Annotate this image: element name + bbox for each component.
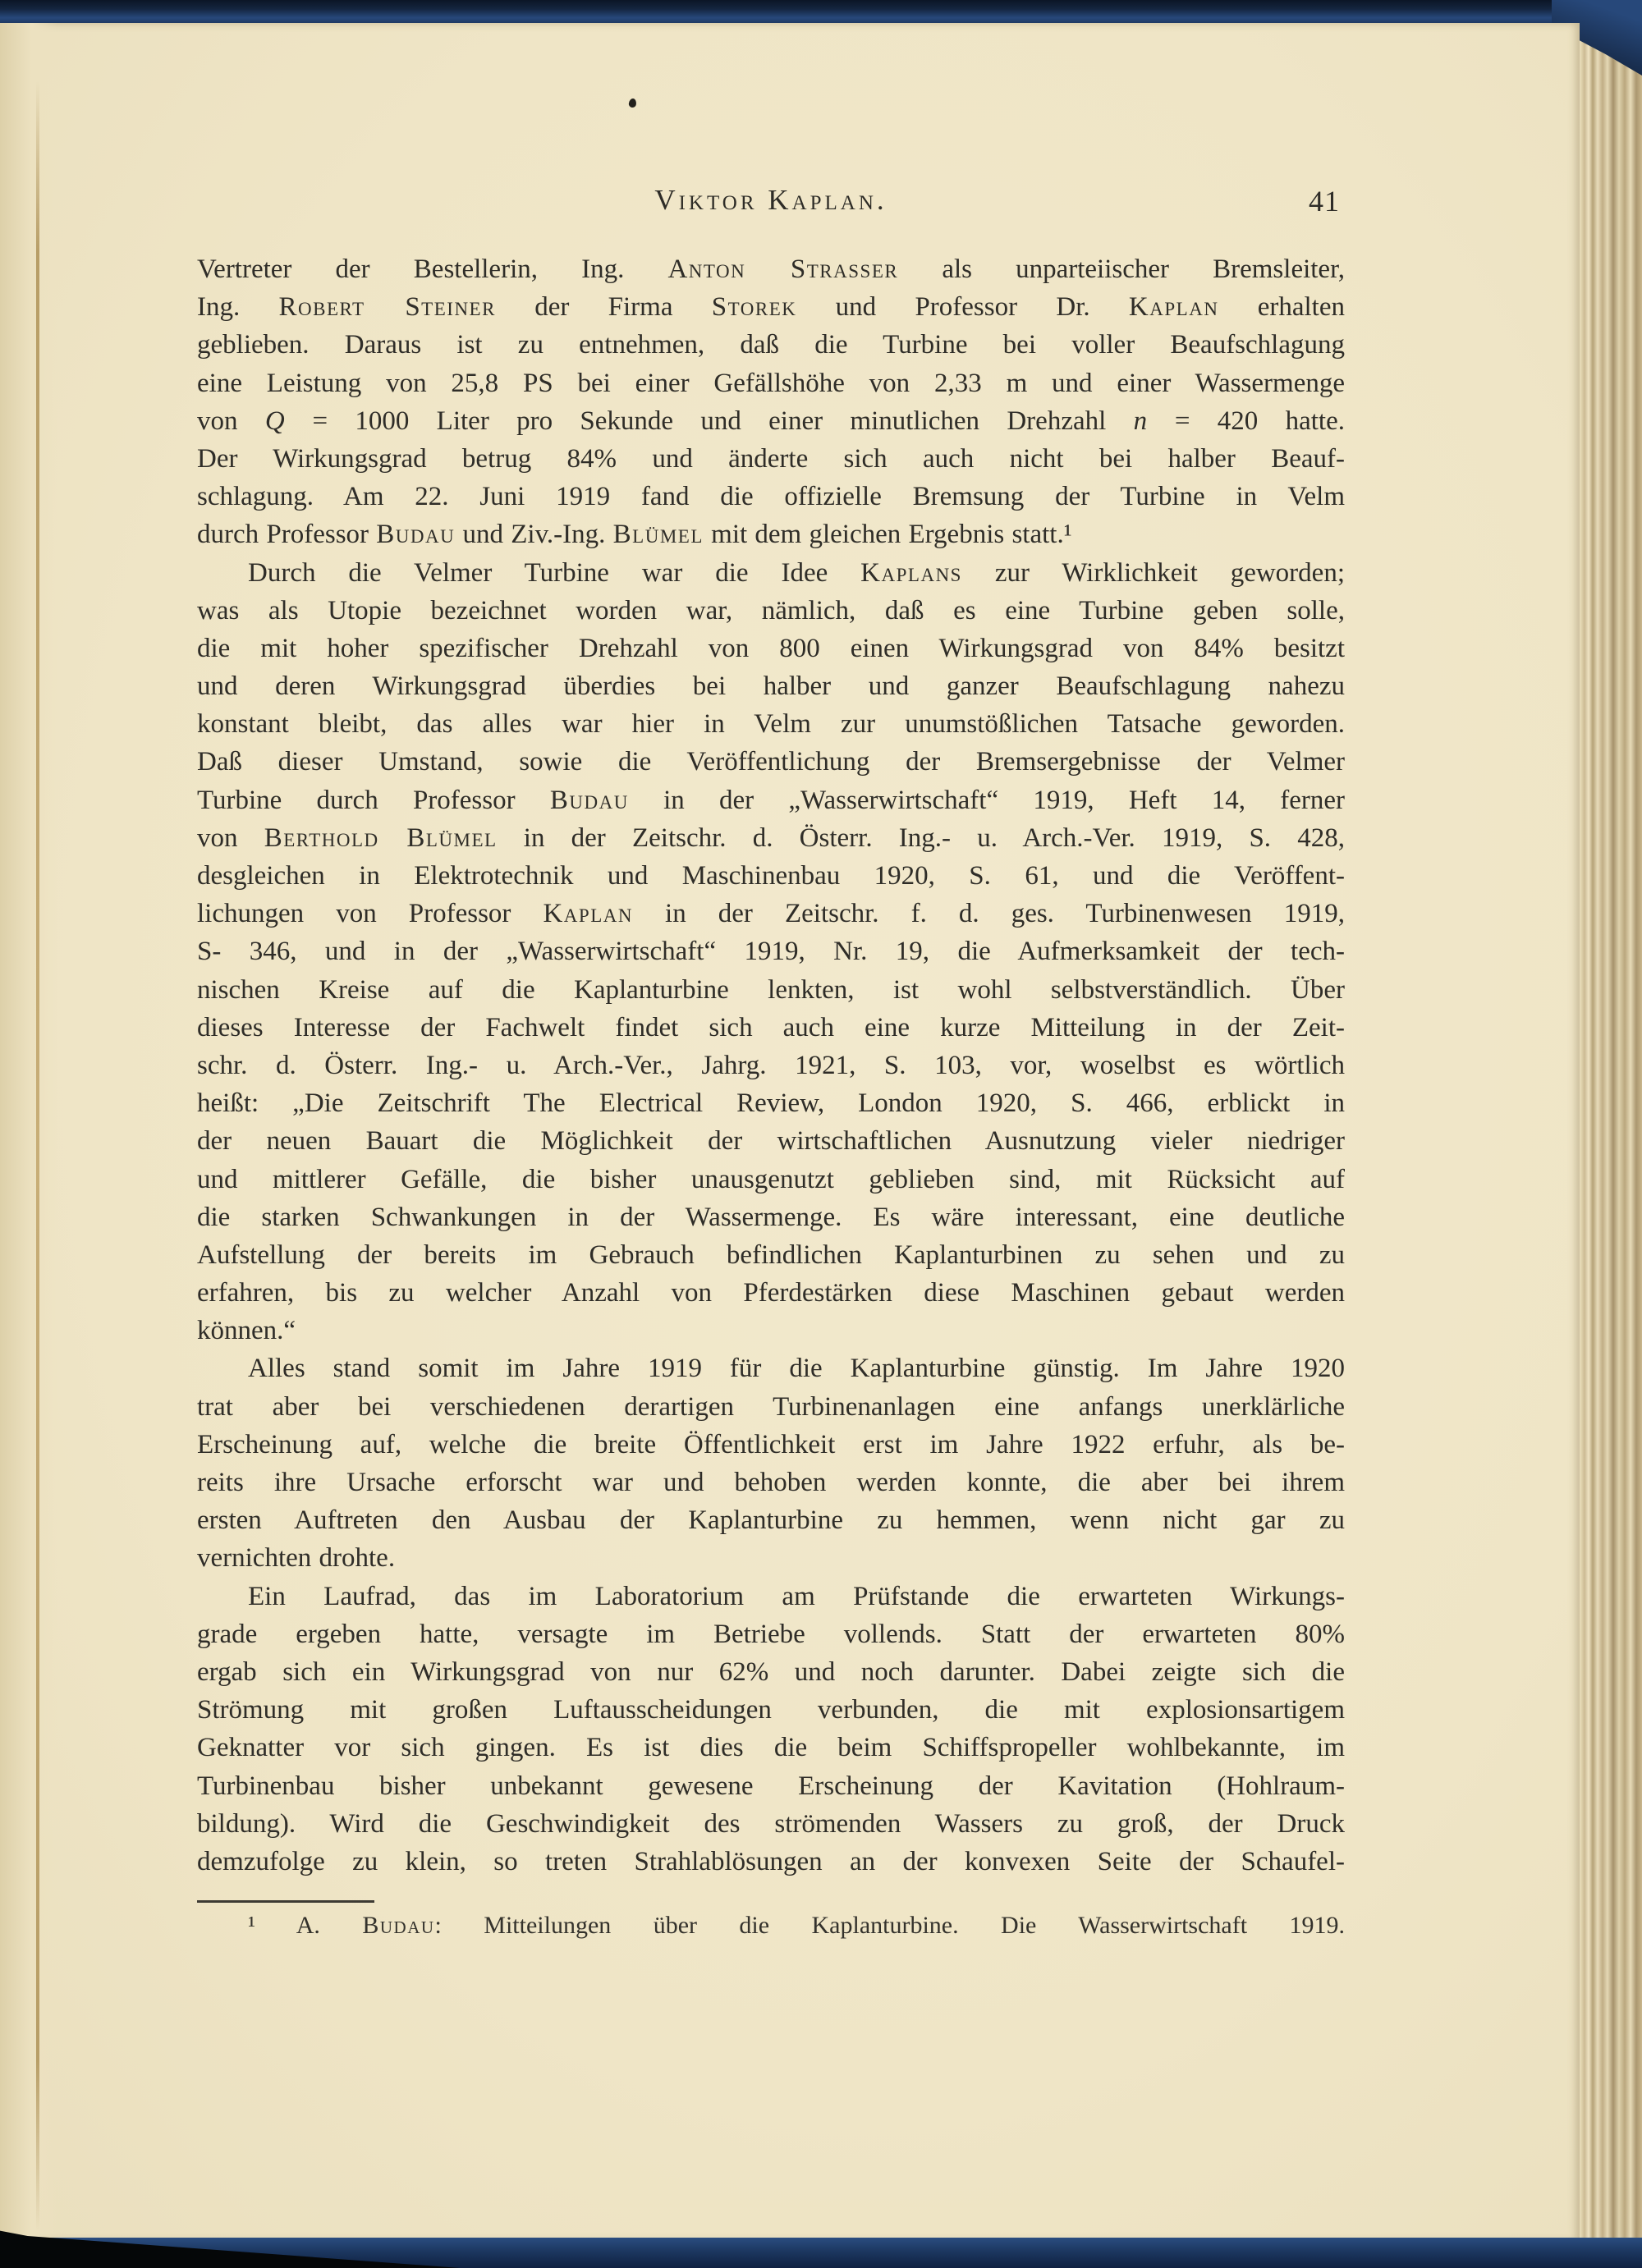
text-line: die starken Schwankungen in der Wasserme… [197, 1198, 1345, 1236]
text-line: durch Professor Budau und Ziv.-Ing. Blüm… [197, 515, 1345, 553]
text-line: schr. d. Österr. Ing.- u. Arch.-Ver., Ja… [197, 1047, 1345, 1084]
text-line: Turbine durch Professor Budau in der „Wa… [197, 781, 1345, 819]
text-line: und deren Wirkungsgrad überdies bei halb… [197, 667, 1345, 705]
book-cover-top-band [0, 0, 1642, 25]
text-line: Vertreter der Bestellerin, Ing. Anton St… [197, 250, 1345, 288]
footnote: ¹ A. Budau: Mitteilungen über die Kaplan… [197, 1908, 1345, 1943]
text-line: S- 346, und in der „Wasserwirtschaft“ 19… [197, 932, 1345, 970]
fore-edge-page-stack [1578, 20, 1642, 2255]
running-header: Viktor Kaplan. 41 [197, 184, 1345, 223]
text-line: bildung). Wird die Geschwindigkeit des s… [197, 1805, 1345, 1843]
text-line: Turbinenbau bisher unbekannt gewesene Er… [197, 1767, 1345, 1805]
text-line: trat aber bei verschiedenen derartigen T… [197, 1388, 1345, 1426]
text-line: können.“ [197, 1312, 1345, 1349]
text-line: die mit hoher spezifischer Drehzahl von … [197, 630, 1345, 667]
book-page: Viktor Kaplan. 41 Vertreter der Bestelle… [0, 23, 1580, 2242]
text-line: Daß dieser Umstand, sowie die Veröffentl… [197, 743, 1345, 781]
page-title: Viktor Kaplan. [197, 184, 1345, 217]
text-line: lichungen von Professor Kaplan in der Ze… [197, 895, 1345, 932]
text-line: ergab sich ein Wirkungsgrad von nur 62% … [197, 1653, 1345, 1691]
text-line: was als Utopie bezeichnet worden war, nä… [197, 592, 1345, 630]
text-line: schlagung. Am 22. Juni 1919 fand die off… [197, 478, 1345, 515]
footnote-separator-rule [197, 1900, 374, 1903]
ink-speck [628, 98, 636, 108]
text-line: desgleichen in Elektrotechnik und Maschi… [197, 857, 1345, 895]
text-line: konstant bleibt, das alles war hier in V… [197, 705, 1345, 743]
text-line: Durch die Velmer Turbine war die Idee Ka… [197, 554, 1345, 592]
text-line: erfahren, bis zu welcher Anzahl von Pfer… [197, 1274, 1345, 1312]
text-line: Strömung mit großen Luftausscheidungen v… [197, 1691, 1345, 1729]
text-line: eine Leistung von 25,8 PS bei einer Gefä… [197, 364, 1345, 402]
text-line: Aufstellung der bereits im Gebrauch befi… [197, 1236, 1345, 1274]
text-line: reits ihre Ursache erforscht war und beh… [197, 1464, 1345, 1501]
text-line: von Berthold Blümel in der Zeitschr. d. … [197, 819, 1345, 857]
page-number: 41 [1309, 184, 1340, 218]
body-text: Vertreter der Bestellerin, Ing. Anton St… [197, 250, 1345, 1881]
text-line: Alles stand somit im Jahre 1919 für die … [197, 1349, 1345, 1387]
book-scan: Viktor Kaplan. 41 Vertreter der Bestelle… [0, 0, 1642, 2268]
text-line: demzufolge zu klein, so treten Strahlabl… [197, 1843, 1345, 1881]
text-line: Ing. Robert Steiner der Firma Storek und… [197, 288, 1345, 326]
text-line: nischen Kreise auf die Kaplanturbine len… [197, 971, 1345, 1009]
text-line: dieses Interesse der Fachwelt findet sic… [197, 1009, 1345, 1047]
text-line: heißt: „Die Zeitschrift The Electrical R… [197, 1084, 1345, 1122]
text-line: ersten Auftreten den Ausbau der Kaplantu… [197, 1501, 1345, 1539]
text-line: und mittlerer Gefälle, die bisher unausg… [197, 1161, 1345, 1198]
gutter-crease [36, 80, 39, 2231]
text-line: vernichten drohte. [197, 1539, 1345, 1577]
text-line: grade ergeben hatte, versagte im Betrieb… [197, 1615, 1345, 1653]
text-line: von Q = 1000 Liter pro Sekunde und einer… [197, 402, 1345, 440]
text-line: Erscheinung auf, welche die breite Öffen… [197, 1426, 1345, 1464]
text-line: Ein Laufrad, das im Laboratorium am Prüf… [197, 1578, 1345, 1615]
text-line: der neuen Bauart die Möglichkeit der wir… [197, 1122, 1345, 1160]
text-line: geblieben. Daraus ist zu entnehmen, daß … [197, 326, 1345, 364]
text-line: Der Wirkungsgrad betrug 84% und änderte … [197, 440, 1345, 478]
text-line: Geknatter vor sich gingen. Es ist dies d… [197, 1729, 1345, 1766]
